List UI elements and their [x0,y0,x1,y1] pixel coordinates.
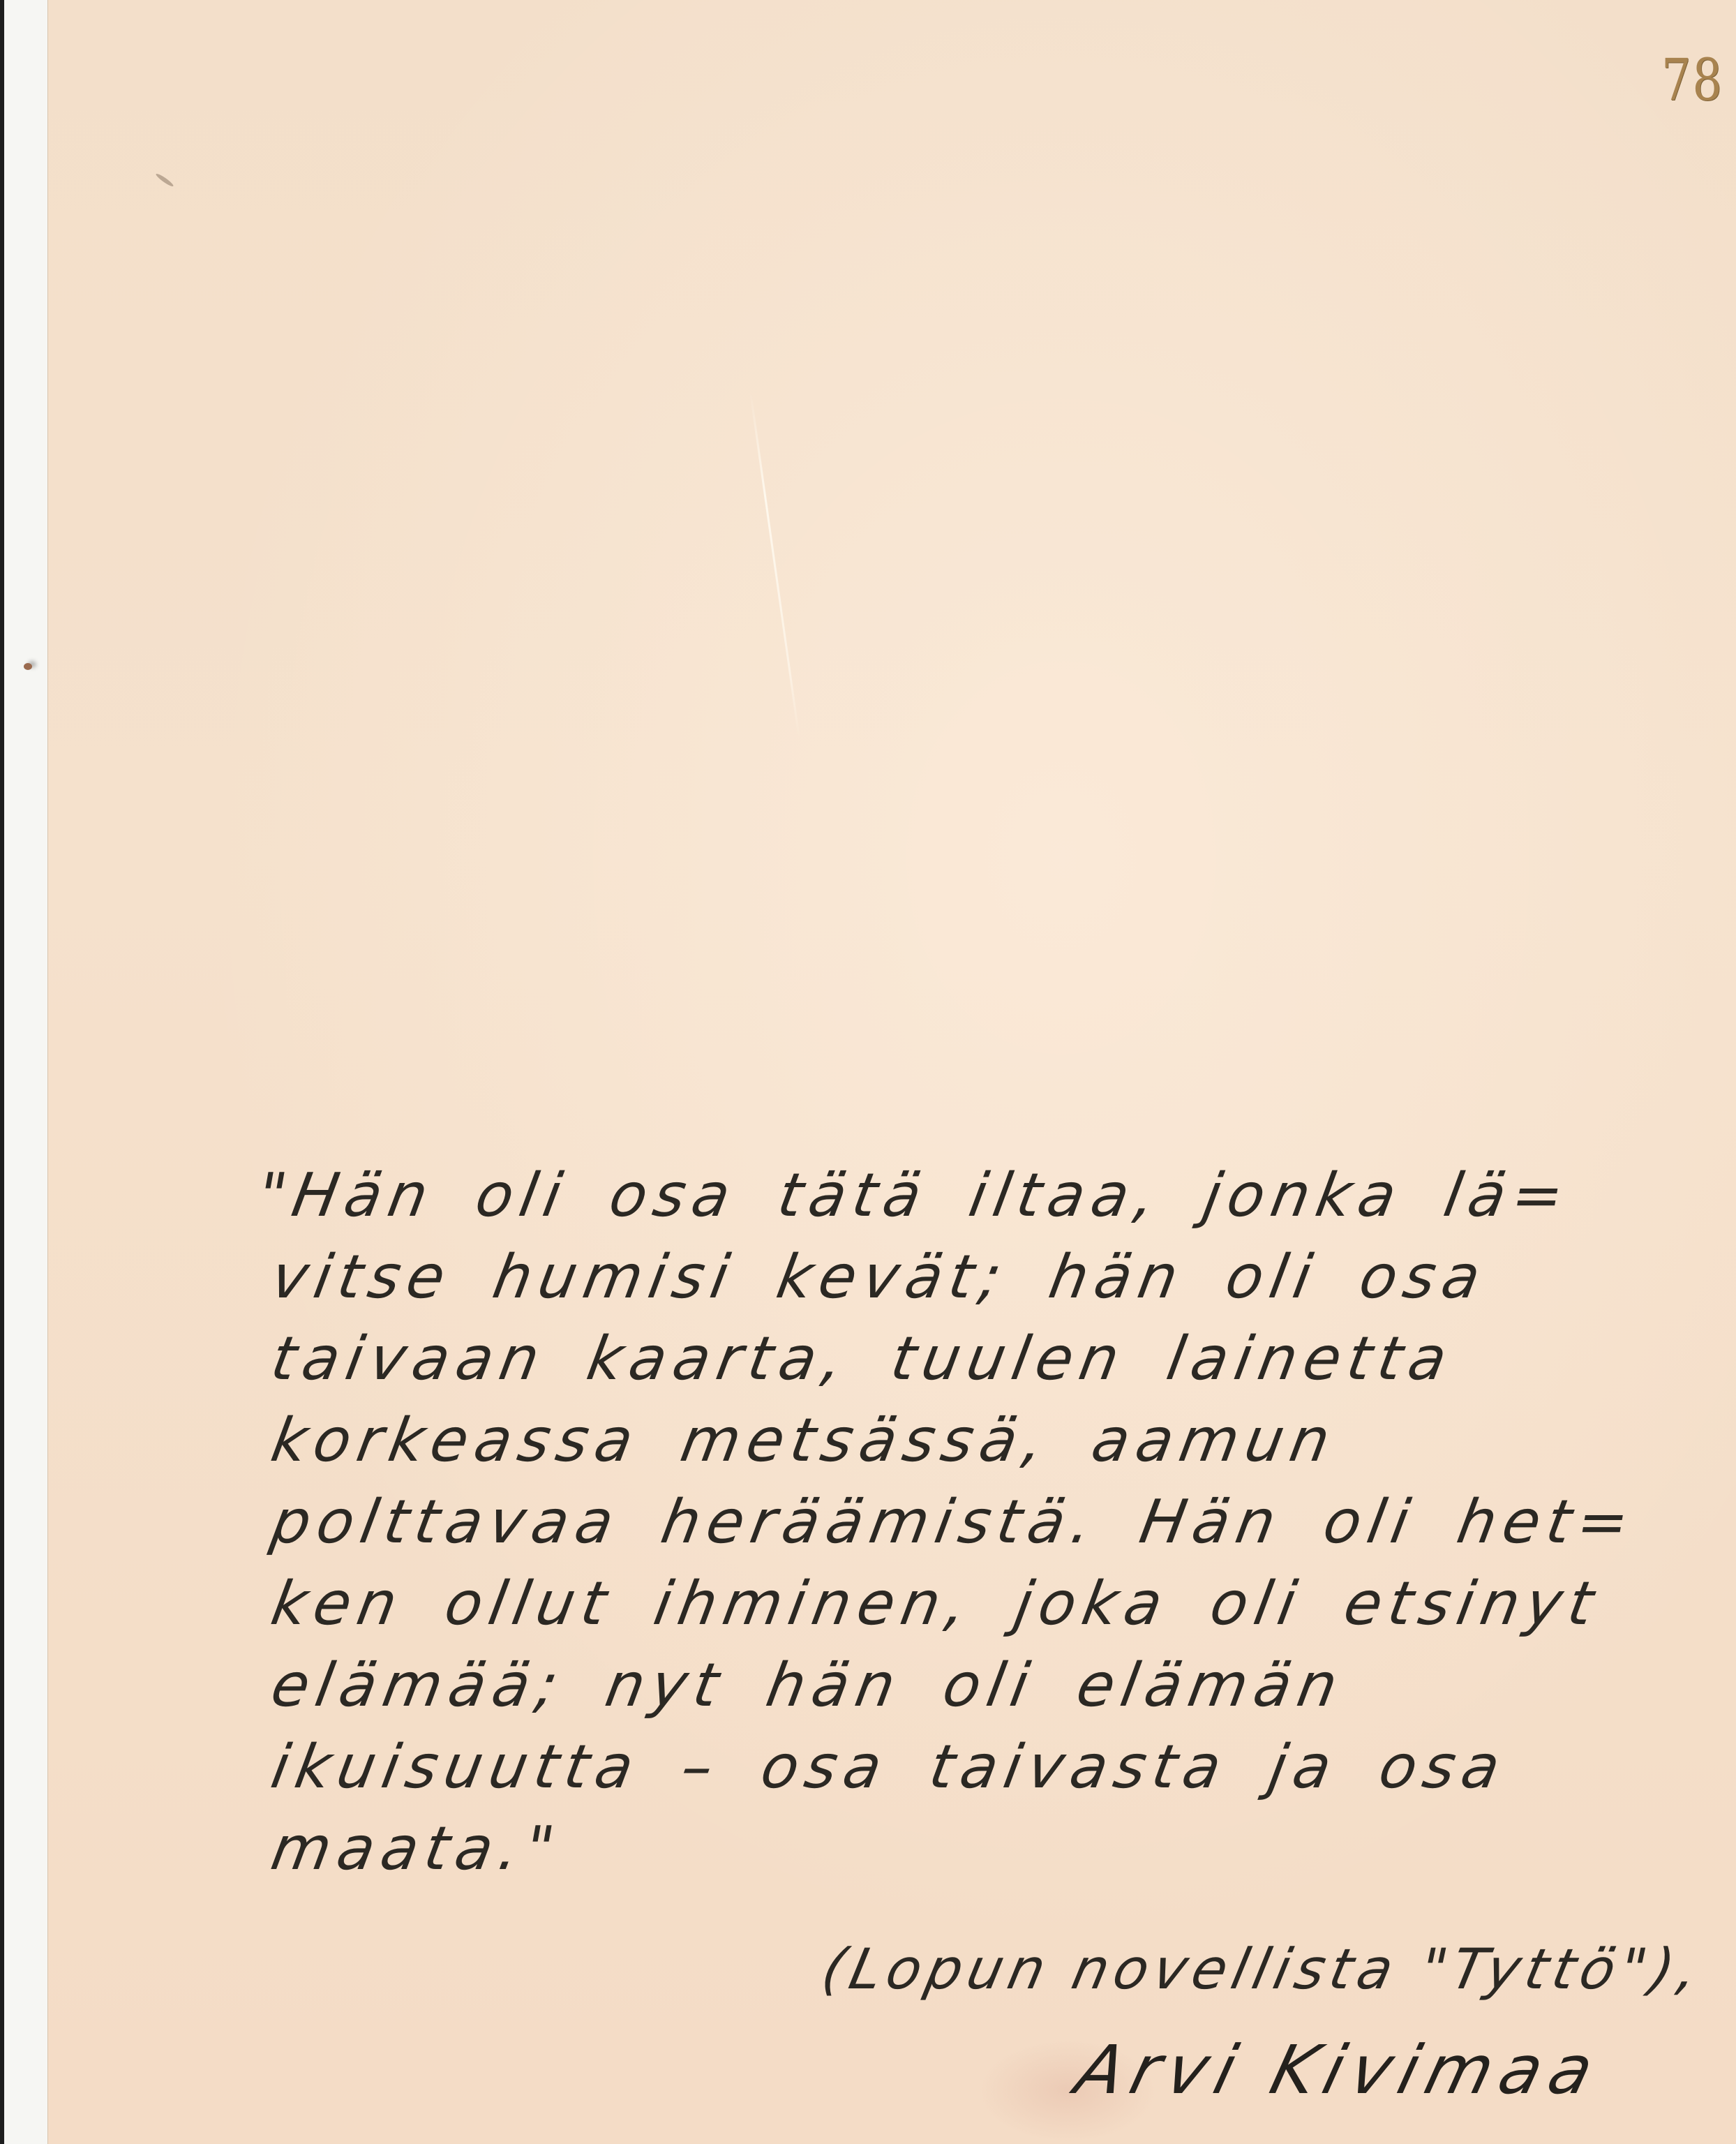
quote-line: maata." [265,1808,1710,1890]
paper-scratch [155,172,174,188]
paper-crease [749,392,800,738]
page-number: 78 [1661,47,1723,114]
source-attribution: (Lopun novellista "Tyttö"), [816,1937,1709,2002]
quote-line: "Hän oli osa tätä iltaa, jonka lä= [251,1155,1710,1237]
quote-line: ikuisuutta – osa taivasta ja osa [265,1727,1710,1808]
quote-line: taivaan kaarta, tuulen lainetta [265,1318,1710,1400]
dust-spot [24,663,32,670]
quote-line: polttavaa heräämistä. Hän oli het= [265,1482,1710,1563]
scanner-margin [4,0,47,2144]
quote-line: vitse humisi kevät; hän oli osa [265,1237,1710,1318]
quote-line: elämää; nyt hän oli elämän [265,1645,1710,1727]
quote-line: korkeassa metsässä, aamun [265,1400,1710,1482]
author-signature: Arvi Kivimaa [1068,2031,1609,2109]
quote-line: ken ollut ihminen, joka oli etsinyt [265,1563,1710,1645]
handwritten-quote: "Hän oli osa tätä iltaa, jonka lä= vitse… [265,1155,1696,1890]
